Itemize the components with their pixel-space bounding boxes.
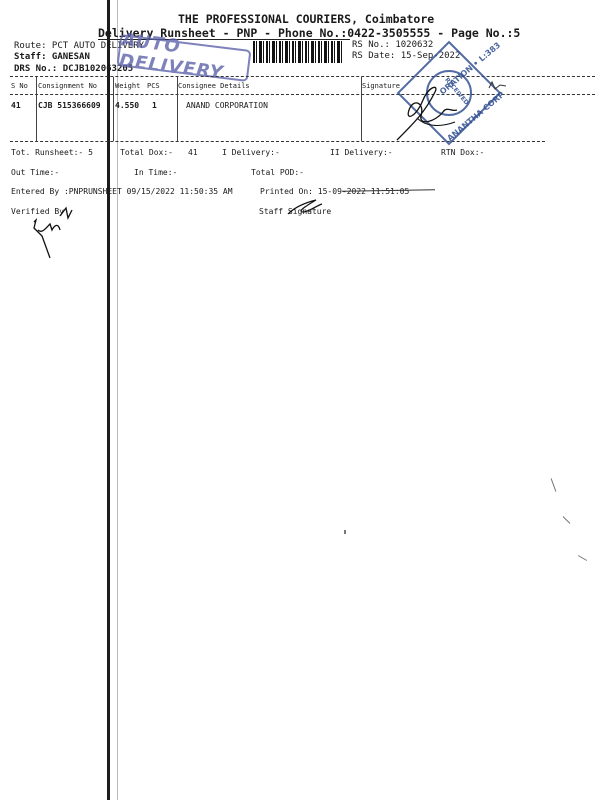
- out-time: Out Time:-: [11, 168, 59, 177]
- cell-sno: 41: [11, 101, 21, 110]
- col-divider: [36, 77, 37, 141]
- i-delivery: I Delivery:-: [222, 148, 280, 157]
- col-header-consignment: Consignment No: [38, 82, 97, 90]
- table-header-rule: [10, 94, 595, 95]
- scan-speck: [551, 478, 557, 491]
- scan-binder-line: [107, 0, 110, 800]
- table-top-rule: [10, 76, 595, 77]
- total-pod: Total POD:-: [251, 168, 304, 177]
- in-time: In Time:-: [134, 168, 177, 177]
- rs-number: RS No.: 1020632: [352, 40, 433, 50]
- scan-speck: [344, 530, 346, 534]
- scan-fold-line: [117, 0, 118, 800]
- scan-speck: [578, 555, 587, 561]
- total-dox-label: Total Dox:-: [120, 148, 173, 157]
- total-dox-value: 41: [188, 148, 198, 157]
- col-header-consignee: Consignee Details: [178, 82, 250, 90]
- printed-on: Printed On: 15-09-2022 11:51:05: [260, 187, 409, 196]
- rtn-dox: RTN Dox:-: [441, 148, 484, 157]
- col-header-sno: S No: [11, 82, 28, 90]
- entered-by: Entered By :PNPRUNSHEET 09/15/2022 11:50…: [11, 187, 233, 196]
- cell-consignment-no: CJB 515366609: [38, 101, 101, 110]
- drs-number: DRS No.: DCJB102063205: [14, 64, 133, 74]
- col-header-pcs: PCS: [147, 82, 160, 90]
- staff-label: Staff: GANESAN: [14, 52, 90, 62]
- auto-delivery-stamp: AUTO DELIVERY: [117, 34, 252, 82]
- cell-pcs: 1: [152, 101, 157, 110]
- col-divider: [113, 77, 114, 141]
- barcode: [253, 41, 343, 63]
- cell-consignee: ANAND CORPORATION: [186, 101, 268, 110]
- staff-signature-scribble: [286, 198, 326, 218]
- total-runsheet: Tot. Runsheet:- 5: [11, 148, 93, 157]
- col-header-weight: Weight: [115, 82, 140, 90]
- cell-weight: 4.550: [115, 101, 139, 110]
- receiver-signature: [395, 82, 465, 142]
- scan-speck: [563, 516, 571, 524]
- initial-mark: [488, 80, 508, 92]
- ii-delivery: II Delivery:-: [330, 148, 393, 157]
- company-title: THE PROFESSIONAL COURIERS, Coimbatore: [178, 12, 434, 26]
- verifier-signature: [28, 200, 78, 260]
